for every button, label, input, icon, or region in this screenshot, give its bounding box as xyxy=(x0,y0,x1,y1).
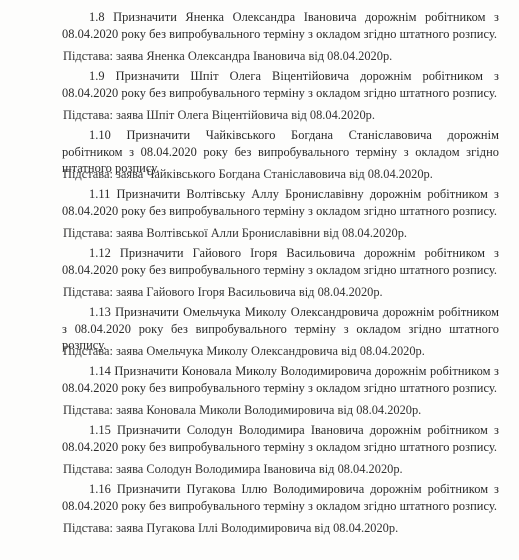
basis-text: Підстава: заява Шпіт Олега Віцентійовича… xyxy=(63,107,375,123)
order-item-1-9: 1.9 Призначити Шпіт Олега Віцентійовича … xyxy=(62,68,499,127)
order-item-1-11: 1.11 Призначити Волтівську Аллу Бронисла… xyxy=(62,186,499,245)
order-item-1-8: 1.8 Призначити Яненка Олександра Іванови… xyxy=(62,9,499,68)
basis-text: Підстава: заява Солодун Володимира Івано… xyxy=(63,461,403,477)
order-item-1-14: 1.14 Призначити Коновала Миколу Володими… xyxy=(62,363,499,422)
basis-text: Підстава: заява Омельчука Миколу Олексан… xyxy=(63,343,425,359)
order-item-1-13: 1.13 Призначити Омельчука Миколу Олексан… xyxy=(62,304,499,363)
order-item-1-16: 1.16 Призначити Пугакова Іллю Володимиро… xyxy=(62,481,499,540)
order-text: 1.16 Призначити Пугакова Іллю Володимиро… xyxy=(62,481,499,514)
order-item-1-12: 1.12 Призначити Гайового Ігоря Васильови… xyxy=(62,245,499,304)
basis-text: Підстава: заява Чайківського Богдана Ста… xyxy=(63,166,433,182)
order-text: 1.8 Призначити Яненка Олександра Іванови… xyxy=(62,9,499,42)
basis-text: Підстава: заява Гайового Ігоря Васильови… xyxy=(63,284,383,300)
order-item-1-10: 1.10 Призначити Чайківського Богдана Ста… xyxy=(62,127,499,186)
basis-text: Підстава: заява Пугакова Іллі Володимиро… xyxy=(63,520,398,536)
order-text: 1.9 Призначити Шпіт Олега Віцентійовича … xyxy=(62,68,499,101)
document-page: 1.8 Призначити Яненка Олександра Іванови… xyxy=(62,9,499,540)
order-text: 1.11 Призначити Волтівську Аллу Бронисла… xyxy=(62,186,499,219)
basis-text: Підстава: заява Яненка Олександра Іванов… xyxy=(63,48,392,64)
order-text: 1.14 Призначити Коновала Миколу Володими… xyxy=(62,363,499,396)
order-text: 1.12 Призначити Гайового Ігоря Васильови… xyxy=(62,245,499,278)
basis-text: Підстава: заява Коновала Миколи Володими… xyxy=(63,402,421,418)
order-text: 1.15 Призначити Солодун Володимира Івано… xyxy=(62,422,499,455)
basis-text: Підстава: заява Волтівської Алли Бронисл… xyxy=(63,225,407,241)
order-item-1-15: 1.15 Призначити Солодун Володимира Івано… xyxy=(62,422,499,481)
